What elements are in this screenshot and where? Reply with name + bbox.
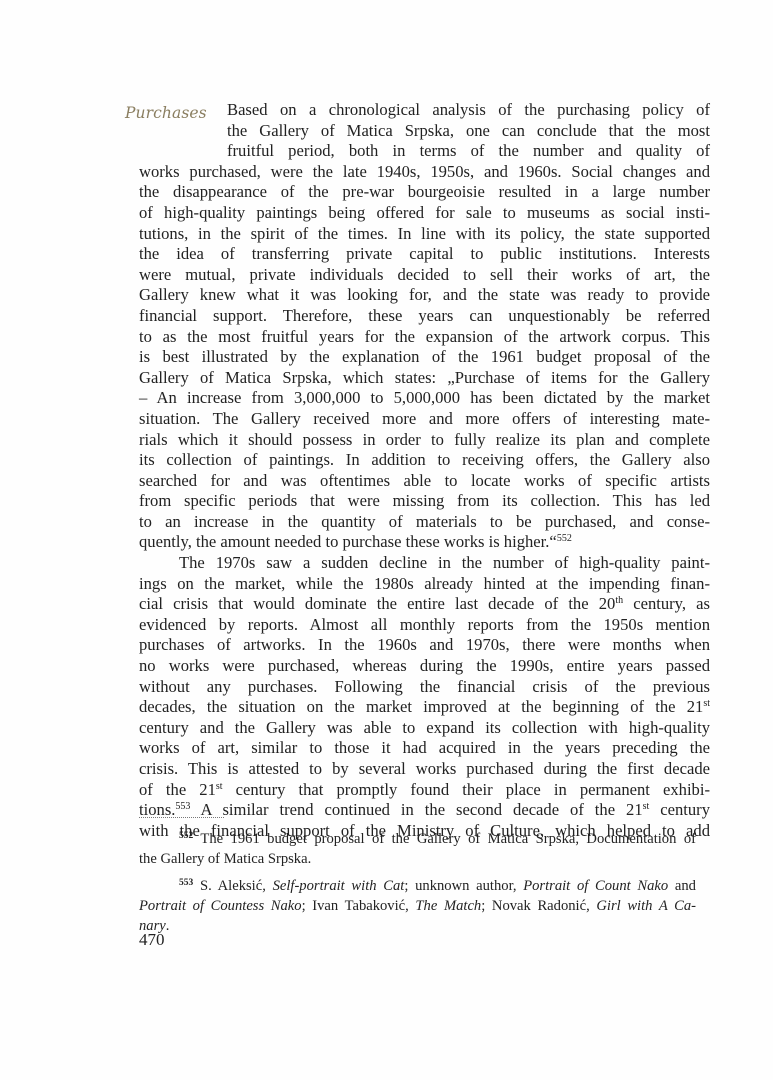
text-line: without any purchases. Following the fin… (139, 677, 710, 698)
text-line: – An increase from 3,000,000 to 5,000,00… (139, 388, 710, 409)
text-segment: ; Novak Radonić, (481, 898, 596, 914)
artwork-title: Girl with A Ca- (596, 898, 696, 914)
text-line: The 1970s saw a sudden decline in the nu… (139, 553, 710, 574)
text-line: the disappearance of the pre-war bourgeo… (139, 182, 710, 203)
ordinal-suffix: st (703, 698, 710, 709)
footnote-number: 552 (179, 831, 193, 841)
text-line: of high-quality paintings being offered … (139, 203, 710, 224)
text-line: crisis. This is attested to by several w… (139, 759, 710, 780)
footnote-552: 552 The 1961 budget proposal of the Gall… (139, 829, 696, 869)
text-line: to an increase in the quantity of materi… (139, 512, 710, 533)
text-line: its collection of paintings. In addition… (139, 450, 710, 471)
text-line: tions.553 A similar trend continued in t… (139, 800, 710, 821)
artwork-title: Portrait of Countess Nako (139, 898, 302, 914)
text-line: Portrait of Countess Nako; Ivan Tabakovi… (139, 896, 696, 916)
text-line: fruitful period, both in terms of the nu… (139, 141, 710, 162)
text-segment: quently, the amount needed to purchase t… (139, 532, 557, 551)
footnote-553: 553 S. Aleksić, Self-portrait with Cat; … (139, 876, 696, 936)
text-line: to as the most fruitful years for the ex… (139, 327, 710, 348)
text-line: the idea of transferring private capital… (139, 244, 710, 265)
text-line: purchases of artworks. In the 1960s and … (139, 635, 710, 656)
text-line: cial crisis that would dominate the enti… (139, 594, 710, 615)
text-line: 553 S. Aleksić, Self-portrait with Cat; … (139, 876, 696, 896)
text-line: ings on the market, while the 1980s alre… (139, 574, 710, 595)
text-segment: and (668, 878, 696, 894)
ordinal-suffix: th (615, 595, 623, 606)
artwork-title: The Match (415, 898, 481, 914)
footnotes: 552 The 1961 budget proposal of the Gall… (139, 829, 696, 943)
text-line: tutions, in the spirit of the times. In … (139, 224, 710, 245)
paragraph-1970s-decline: The 1970s saw a sudden decline in the nu… (139, 553, 710, 841)
text-line: financial support. Therefore, these year… (139, 306, 710, 327)
text-line: no works were purchased, whereas during … (139, 656, 710, 677)
document-page: Purchases Based on a chronological analy… (0, 0, 773, 1080)
text-line: the Gallery of Matica Srpska. (139, 849, 696, 869)
text-line: is best illustrated by the explanation o… (139, 347, 710, 368)
footnote-number: 553 (179, 878, 193, 888)
text-segment: decades, the situation on the market imp… (139, 697, 703, 716)
text-line: nary. (139, 916, 696, 936)
text-segment: century that promptly found their place … (223, 780, 710, 799)
text-line: evidenced by reports. Almost all monthly… (139, 615, 710, 636)
text-line: 552 The 1961 budget proposal of the Gall… (139, 829, 696, 849)
text-line: were mutual, private individuals decided… (139, 265, 710, 286)
text-line: situation. The Gallery received more and… (139, 409, 710, 430)
text-line: searched for and was oftentimes able to … (139, 471, 710, 492)
text-line: the Gallery of Matica Srpska, one can co… (139, 121, 710, 142)
page-number: 470 (139, 930, 165, 950)
text-line: Based on a chronological analysis of the… (139, 100, 710, 121)
text-segment: century, as (623, 594, 710, 613)
body-text: Based on a chronological analysis of the… (139, 100, 710, 841)
ordinal-suffix: st (216, 781, 223, 792)
text-line: century and the Gallery was able to expa… (139, 718, 710, 739)
footnote-separator (139, 817, 224, 818)
footnote-ref-553[interactable]: 553 (175, 801, 190, 812)
text-segment: S. Aleksić, (193, 878, 272, 894)
artwork-title: Self-portrait with Cat (273, 878, 405, 894)
text-segment: cial crisis that would dominate the enti… (139, 594, 615, 613)
text-segment: A similar trend continued in the second … (190, 800, 642, 819)
footnote-ref-552[interactable]: 552 (557, 533, 572, 544)
text-line: Gallery knew what it was looking for, an… (139, 285, 710, 306)
text-line: works purchased, were the late 1940s, 19… (139, 162, 710, 183)
text-line: quently, the amount needed to purchase t… (139, 532, 710, 553)
text-line: Gallery of Matica Srpska, which states: … (139, 368, 710, 389)
text-line: of the 21st century that promptly found … (139, 780, 710, 801)
paragraph-purchasing-policy: Based on a chronological analysis of the… (139, 100, 710, 553)
text-line: works of art, similar to those it had ac… (139, 738, 710, 759)
text-segment: of the 21 (139, 780, 216, 799)
text-line: decades, the situation on the market imp… (139, 697, 710, 718)
text-line: from specific periods that were missing … (139, 491, 710, 512)
text-segment: . (166, 918, 170, 934)
text-segment: century (649, 800, 710, 819)
text-segment: The 1961 budget proposal of the Gallery … (193, 831, 696, 847)
text-segment: ; unknown author, (404, 878, 523, 894)
text-segment: ; Ivan Tabaković, (302, 898, 416, 914)
artwork-title: Portrait of Count Nako (523, 878, 668, 894)
text-line: rials which it should possess in order t… (139, 430, 710, 451)
